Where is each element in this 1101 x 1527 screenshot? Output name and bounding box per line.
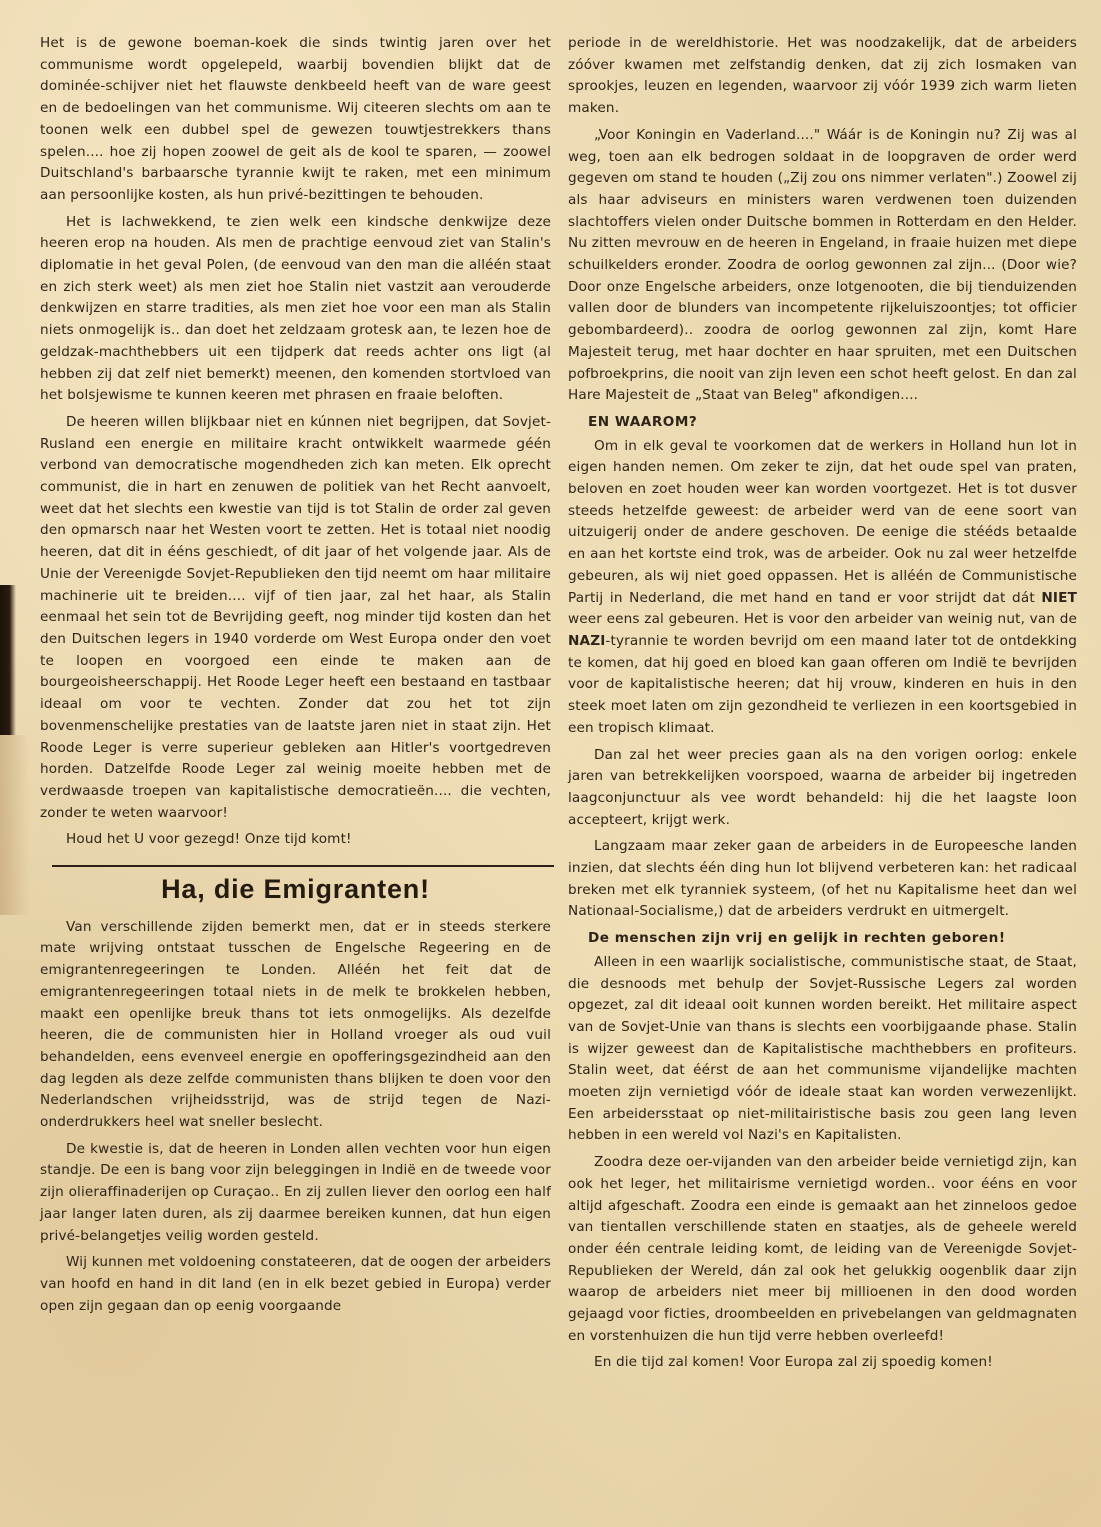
article1-paragraph-1: Het is de gewone boeman-koek die sinds t… xyxy=(40,33,551,207)
vorige-oorlog-paragraph: Dan zal het weer precies gaan als na den… xyxy=(568,745,1077,832)
koningin-paragraph: „Voor Koningin en Vaderland...." Wáár is… xyxy=(568,125,1077,407)
article2-paragraph-2: De kwestie is, dat de heeren in Londen a… xyxy=(40,1139,551,1248)
article2-paragraph-3: Wij kunnen met voldoening constateeren, … xyxy=(40,1252,551,1317)
right-column: periode in de wereldhistorie. Het was no… xyxy=(568,33,1077,1379)
paper-fold xyxy=(0,735,30,915)
article-divider xyxy=(52,865,554,867)
oer-vijanden-paragraph: Zoodra deze oer-vijanden van den arbeide… xyxy=(568,1152,1077,1347)
article1-paragraph-2: Het is lachwekkend, te zien welk een kin… xyxy=(40,212,551,407)
article2-paragraph-1: Van verschillende zijden bemerkt men, da… xyxy=(40,917,551,1134)
continuation-paragraph: periode in de wereldhistorie. Het was no… xyxy=(568,33,1077,120)
socialistische-staat-paragraph: Alleen in een waarlijk socialistische, c… xyxy=(568,952,1077,1147)
article1-paragraph-3: De heeren willen blijkbaar niet en kúnne… xyxy=(40,412,551,824)
torn-edge xyxy=(0,585,16,735)
bold-niet: NIET xyxy=(1041,590,1077,606)
closing-paragraph: En die tijd zal komen! Voor Europa zal z… xyxy=(568,1352,1077,1374)
left-column: Het is de gewone boeman-koek die sinds t… xyxy=(40,33,551,1322)
bold-nazi: NAZI xyxy=(568,633,605,649)
waarom-text-a: Om in elk geval te voorkomen dat de werk… xyxy=(568,438,1077,606)
langzaam-paragraph: Langzaam maar zeker gaan de arbeiders in… xyxy=(568,836,1077,923)
subheading-en-waarom: EN WAAROM? xyxy=(588,412,1077,434)
article2-title: Ha, die Emigranten! xyxy=(40,879,551,901)
subheading-menschen-vrij: De menschen zijn vrij en gelijk in recht… xyxy=(588,928,1077,950)
waarom-paragraph: Om in elk geval te voorkomen dat de werk… xyxy=(568,436,1077,740)
waarom-text-b: weer eens zal gebeuren. Het is voor den … xyxy=(568,611,1077,627)
waarom-text-c: -tyrannie te worden bevrijd om een maand… xyxy=(568,633,1077,736)
article1-closing-line: Houd het U voor gezegd! Onze tijd komt! xyxy=(40,829,551,851)
